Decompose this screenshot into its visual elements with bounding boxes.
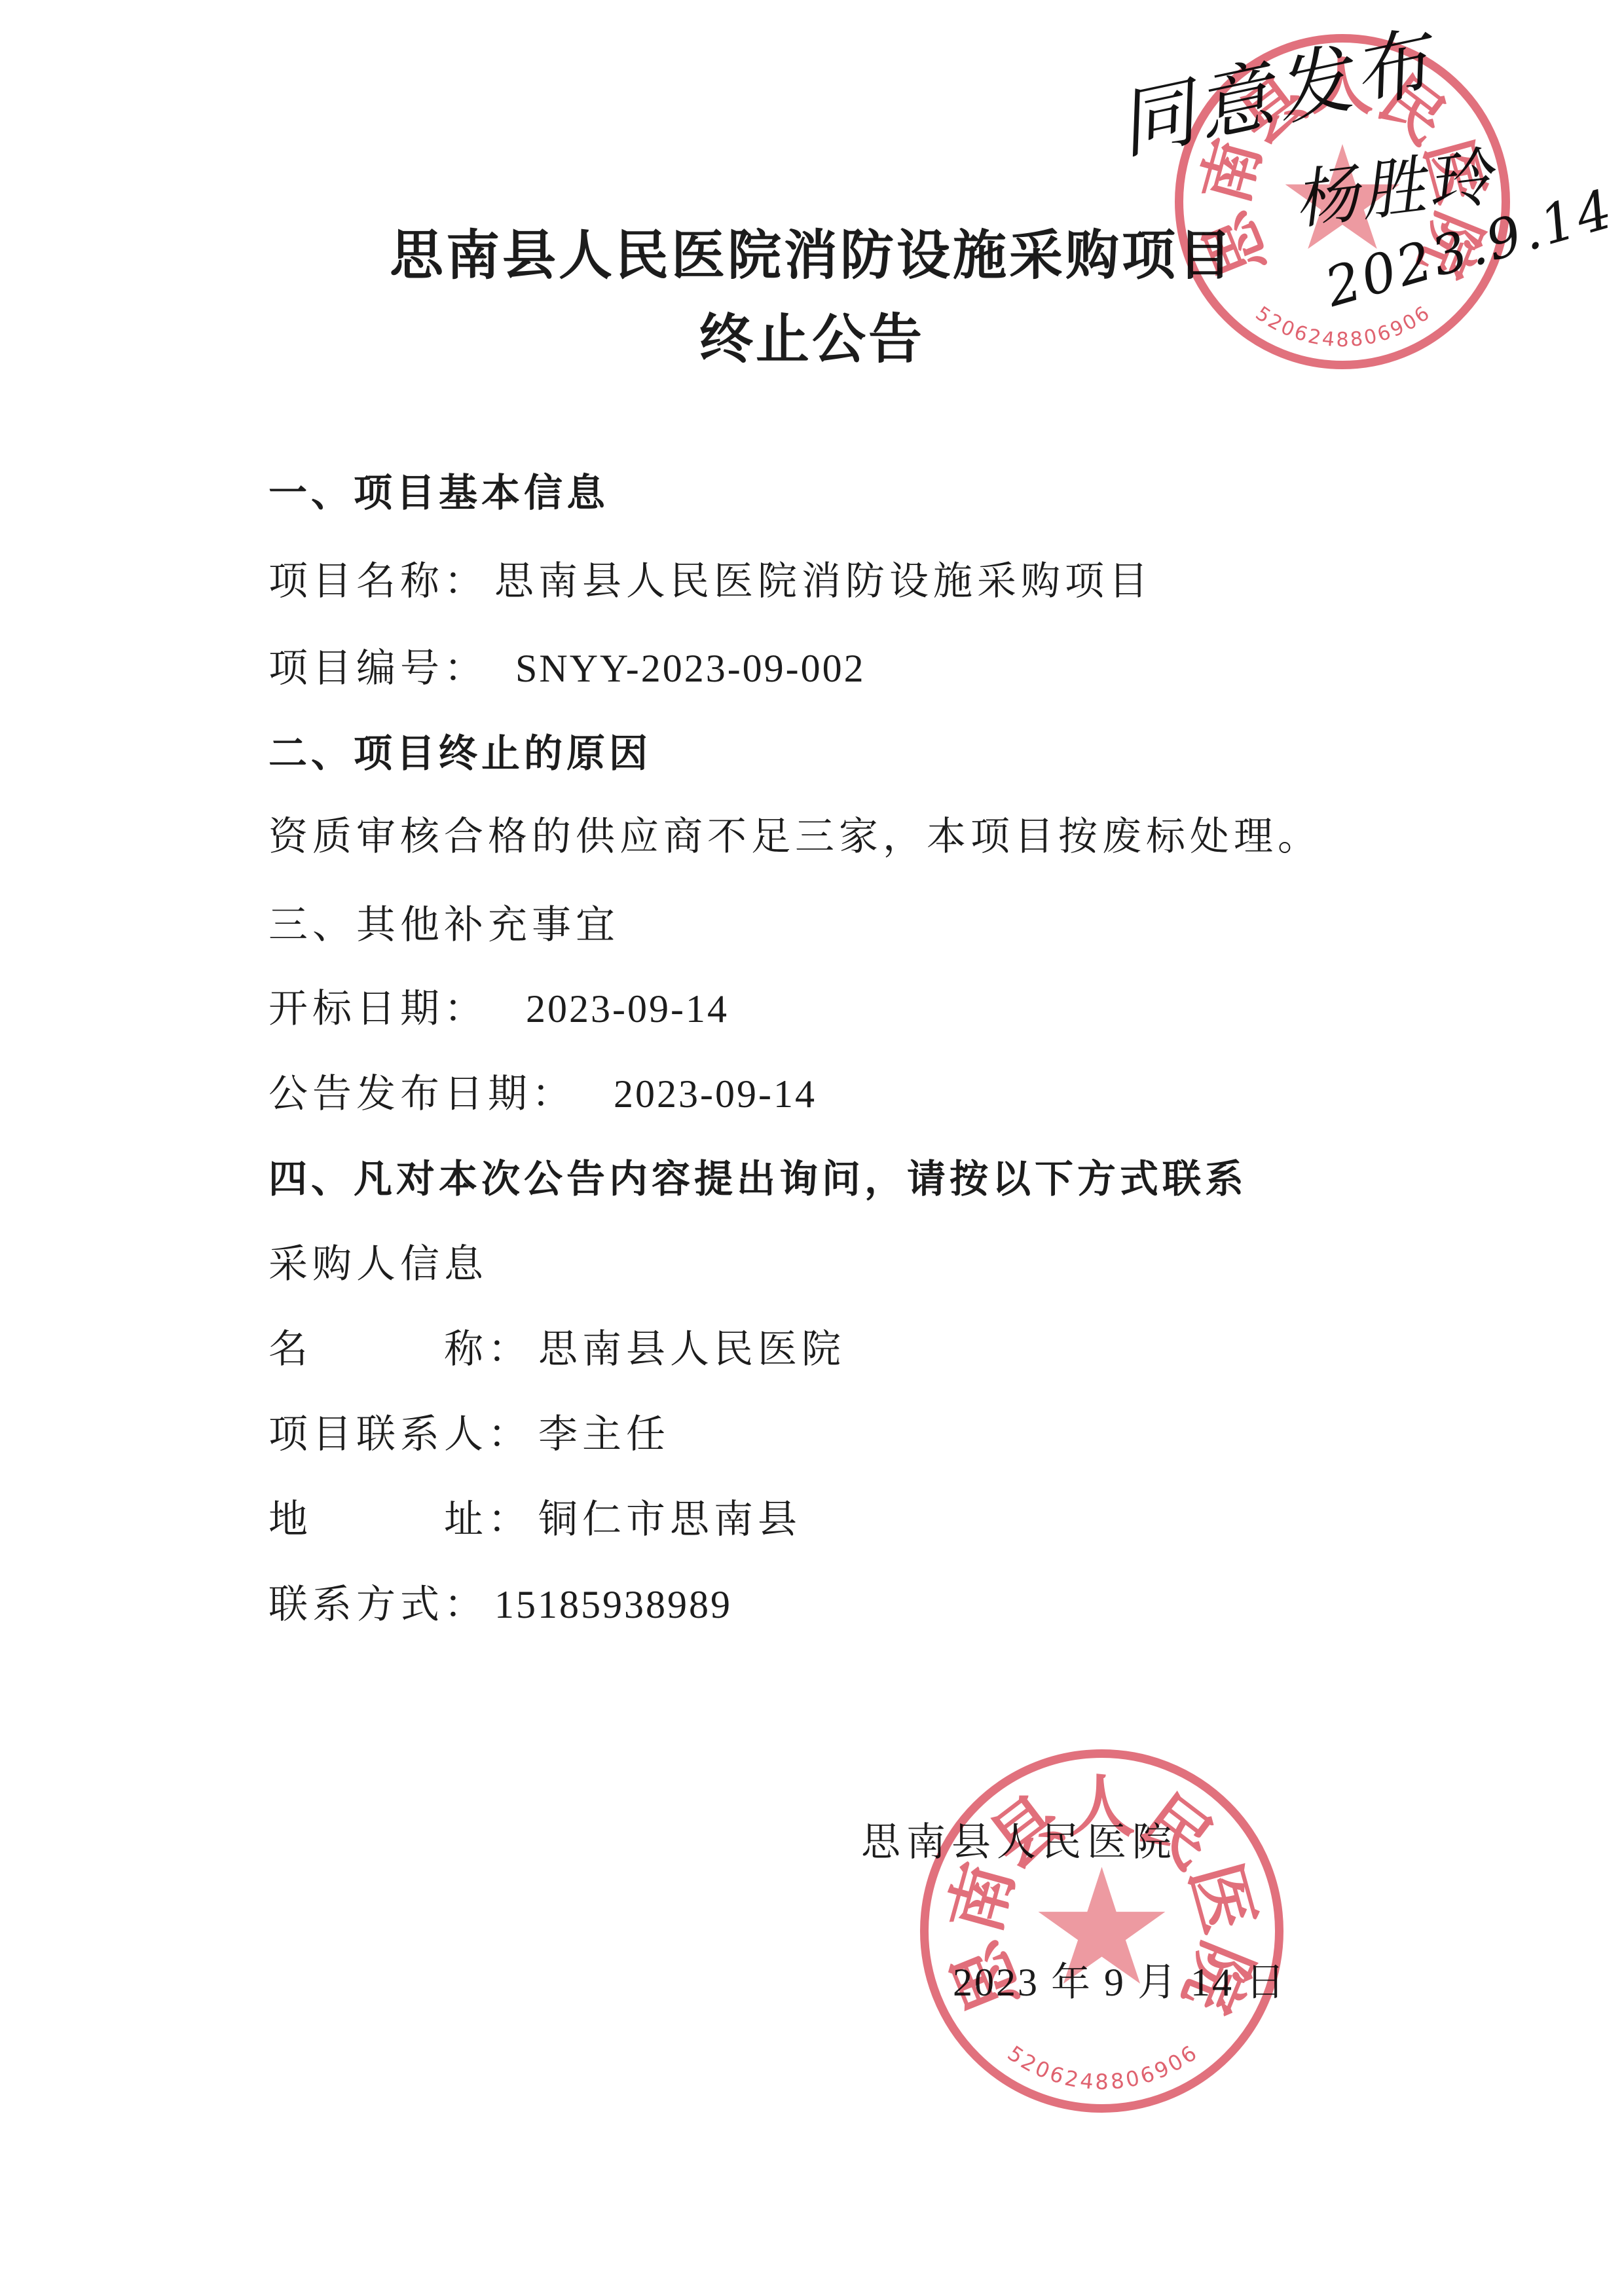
contact-person-line: 项目联系人：李主任	[268, 1413, 670, 1456]
official-seal-bottom: 思南县人民医院 5206248806906	[920, 1749, 1283, 2113]
project-number-line: 项目编号：SNYY-2023-09-002	[268, 647, 866, 690]
contact-person-value: 李主任	[538, 1413, 670, 1456]
address-value: 铜仁市思南县	[538, 1498, 802, 1541]
section-2-heading: 二、项目终止的原因	[268, 732, 652, 775]
project-name-label: 项目名称：	[268, 560, 488, 603]
section-1-heading: 一、项目基本信息	[268, 471, 609, 515]
announce-date-line: 公告发布日期：2023-09-14	[268, 1072, 817, 1116]
document-page: 思南县人民医院消防设施采购项目 终止公告 一、项目基本信息 项目名称：思南县人民…	[0, 0, 1624, 2296]
address-label: 地 址：	[268, 1498, 532, 1541]
announce-date-label: 公告发布日期：	[268, 1072, 576, 1116]
section-3-heading: 三、其他补充事宜	[268, 903, 619, 947]
phone-line: 联系方式：15185938989	[268, 1583, 732, 1626]
contact-person-label: 项目联系人：	[268, 1413, 532, 1456]
phone-value: 15185938989	[494, 1583, 732, 1626]
project-number-value: SNYY-2023-09-002	[515, 647, 866, 690]
buyer-name-line: 名 称：思南县人民医院	[268, 1328, 845, 1371]
seal-code-text: 5206248806906	[1175, 34, 1510, 369]
bid-open-date-line: 开标日期：2023-09-14	[268, 987, 729, 1030]
project-name-value: 思南县人民医院消防设施采购项目	[494, 560, 1153, 603]
official-seal-top: 思南县人民医院 5206248806906	[1175, 34, 1510, 369]
section-4-heading: 四、凡对本次公告内容提出询问，请按以下方式联系	[268, 1157, 1247, 1201]
seal-code-text: 5206248806906	[920, 1749, 1283, 2113]
address-line: 地 址：铜仁市思南县	[268, 1498, 802, 1541]
project-name-line: 项目名称：思南县人民医院消防设施采购项目	[268, 560, 1153, 603]
bid-open-date-value: 2023-09-14	[526, 987, 729, 1030]
announce-date-value: 2023-09-14	[614, 1072, 817, 1116]
buyer-info-heading: 采购人信息	[268, 1243, 488, 1286]
buyer-name-value: 思南县人民医院	[538, 1328, 845, 1371]
phone-label: 联系方式：	[268, 1583, 488, 1626]
bid-open-date-label: 开标日期：	[268, 987, 488, 1030]
project-number-label: 项目编号：	[268, 647, 488, 690]
termination-reason-text: 资质审核合格的供应商不足三家，本项目按废标处理。	[268, 815, 1321, 858]
buyer-name-label: 名 称：	[268, 1328, 532, 1371]
